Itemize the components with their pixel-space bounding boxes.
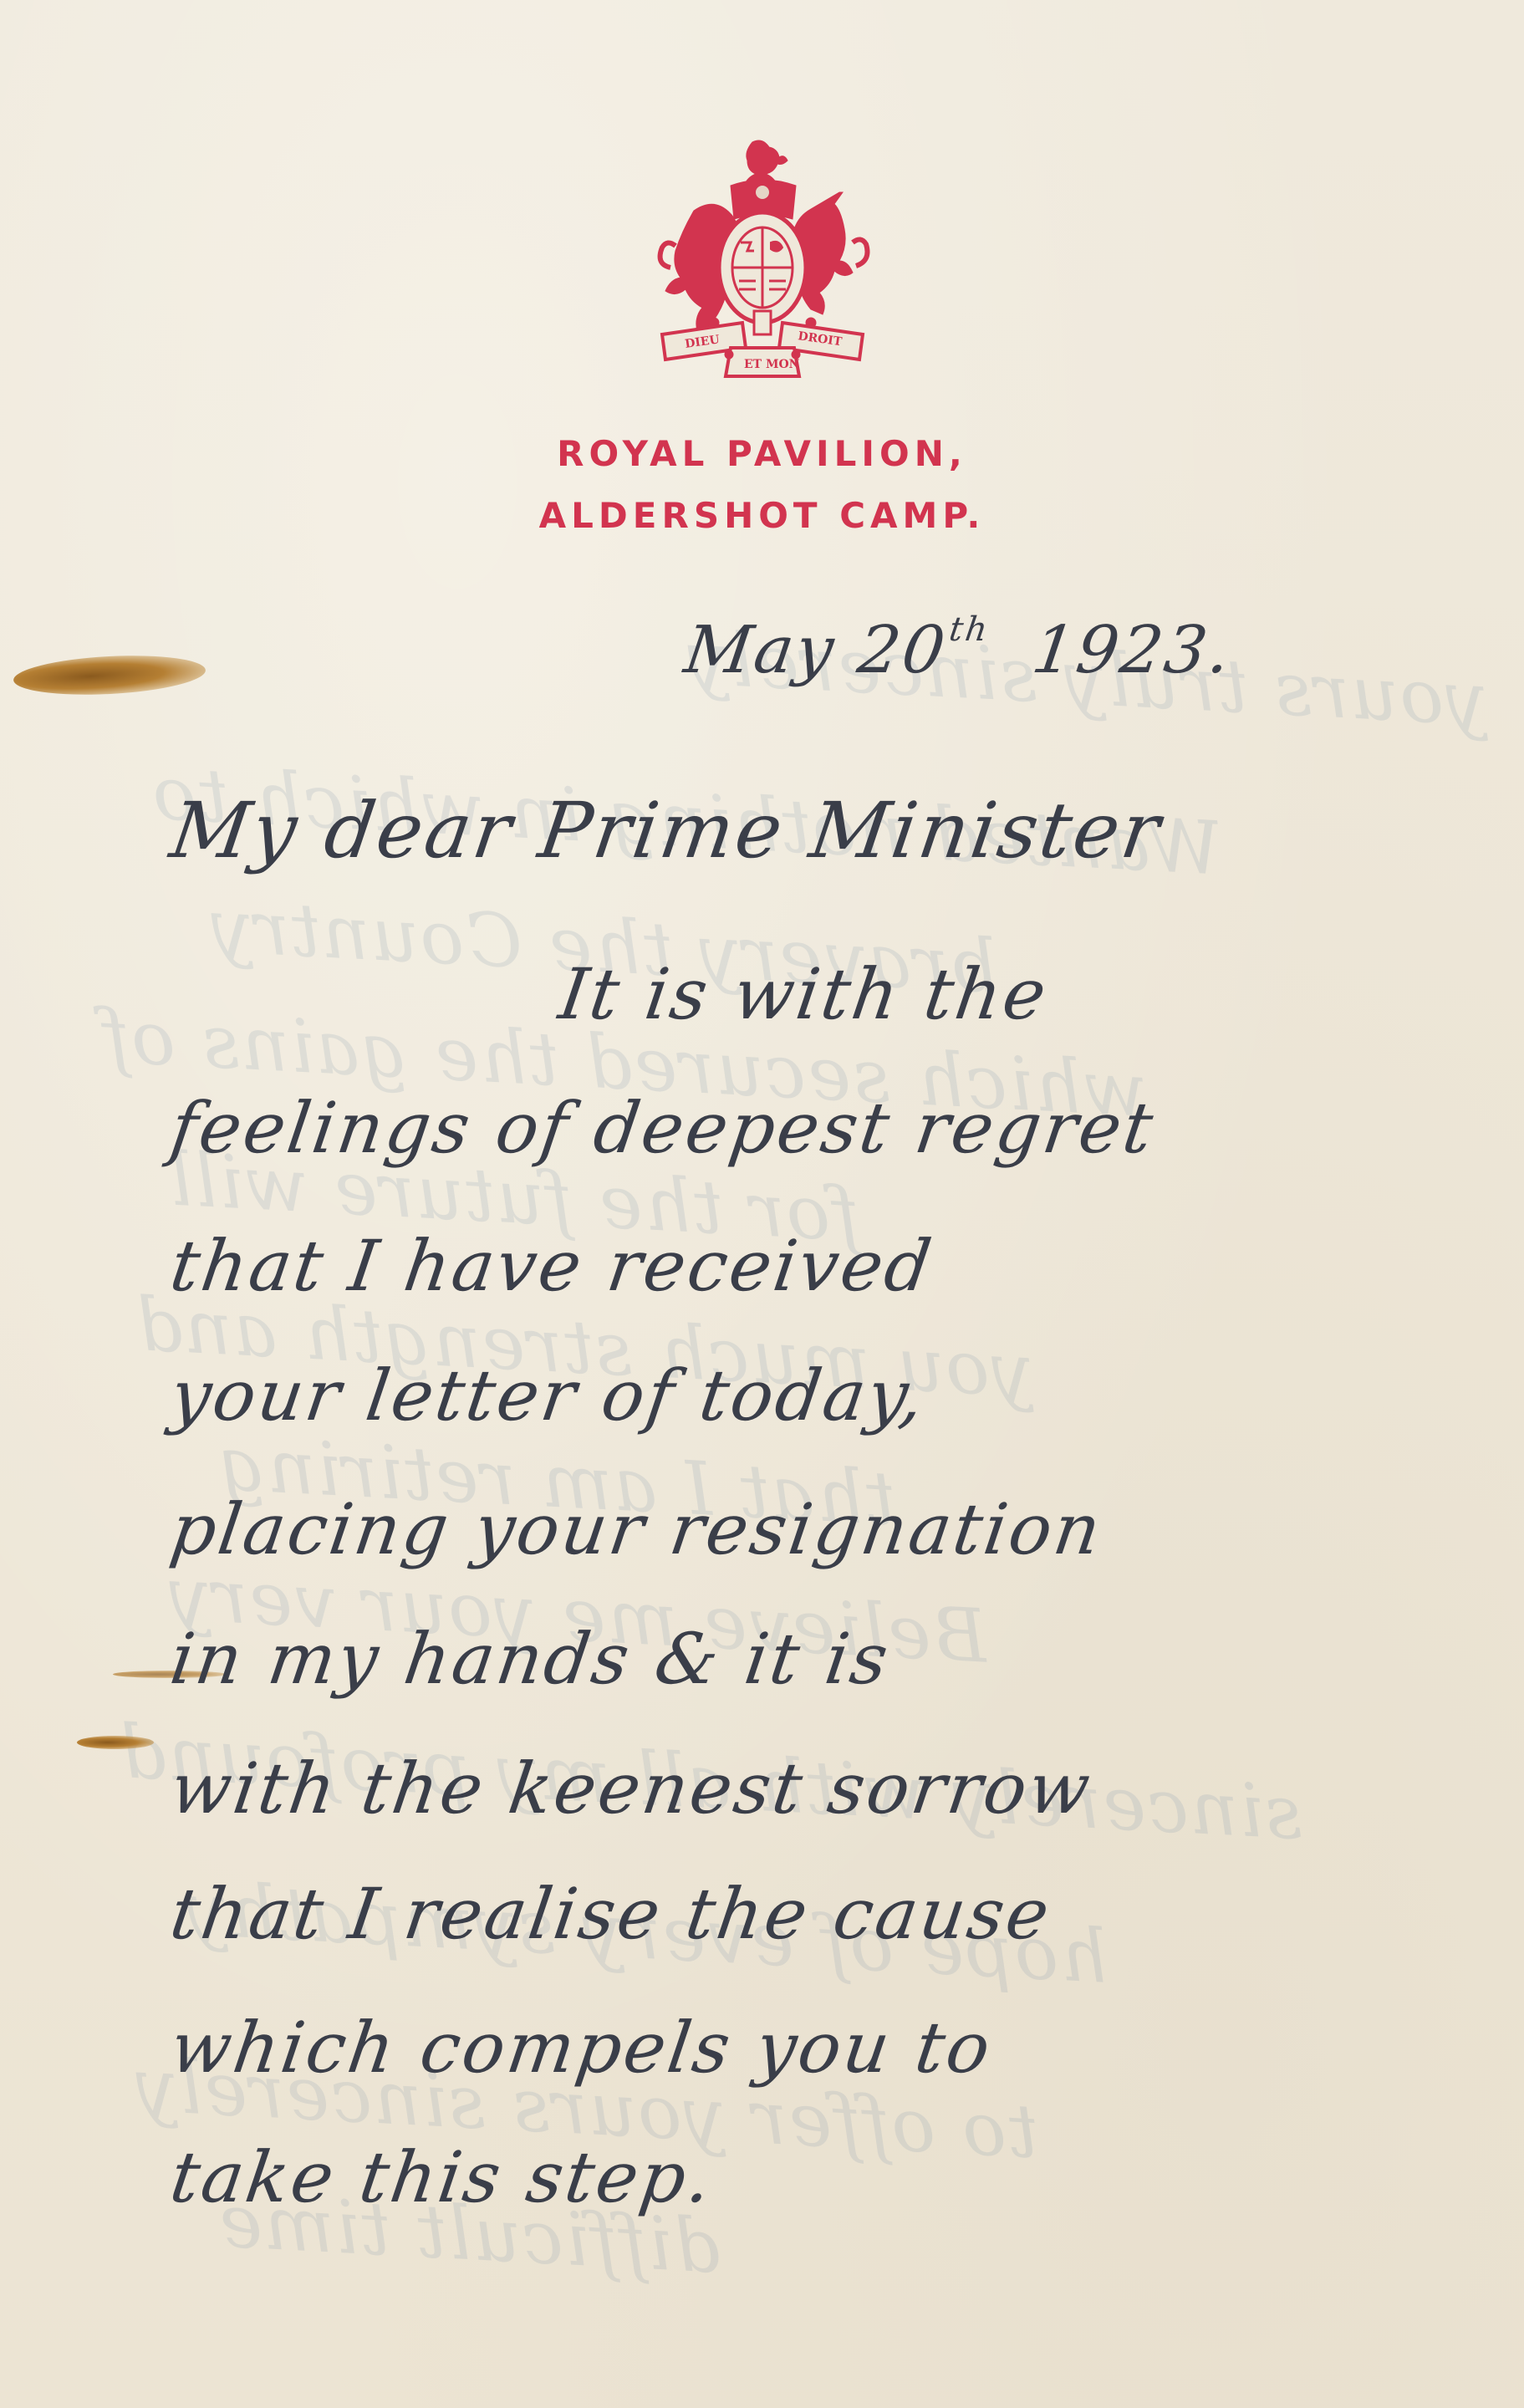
- body-line: with the keenest sorrow: [166, 1747, 1098, 1829]
- letter-date: May 20th 1923.: [680, 610, 1237, 688]
- letterhead-line-2: ALDERSHOT CAMP.: [0, 495, 1524, 536]
- body-line: that I realise the cause: [166, 1873, 1057, 1955]
- body-line: take this step.: [166, 2136, 719, 2218]
- stain-small: [77, 1736, 154, 1749]
- date-ordinal: th: [947, 610, 992, 649]
- date-year: 1923.: [1027, 613, 1237, 688]
- body-line: It is with the: [554, 953, 1053, 1035]
- body-line: which compels you to: [166, 2007, 997, 2089]
- body-line: feelings of deepest regret: [166, 1087, 1160, 1169]
- ink-stain-large: [13, 651, 206, 699]
- body-line: in my hands & it is: [166, 1618, 895, 1700]
- body-line: that I have received: [166, 1225, 939, 1307]
- body-line: placing your resignation: [166, 1488, 1108, 1570]
- date-month-day: May 20: [680, 613, 951, 688]
- salutation: My dear Prime Minister: [165, 786, 1167, 875]
- body-line: your letter of today,: [166, 1354, 931, 1436]
- letter-page: yours truly sincerely Wanted nothing in …: [0, 0, 1524, 2408]
- svg-text:ET MON: ET MON: [744, 358, 800, 371]
- royal-crest-icon: DIEU DROIT ET MON: [637, 134, 888, 385]
- letterhead-line-1: ROYAL PAVILION,: [0, 433, 1524, 474]
